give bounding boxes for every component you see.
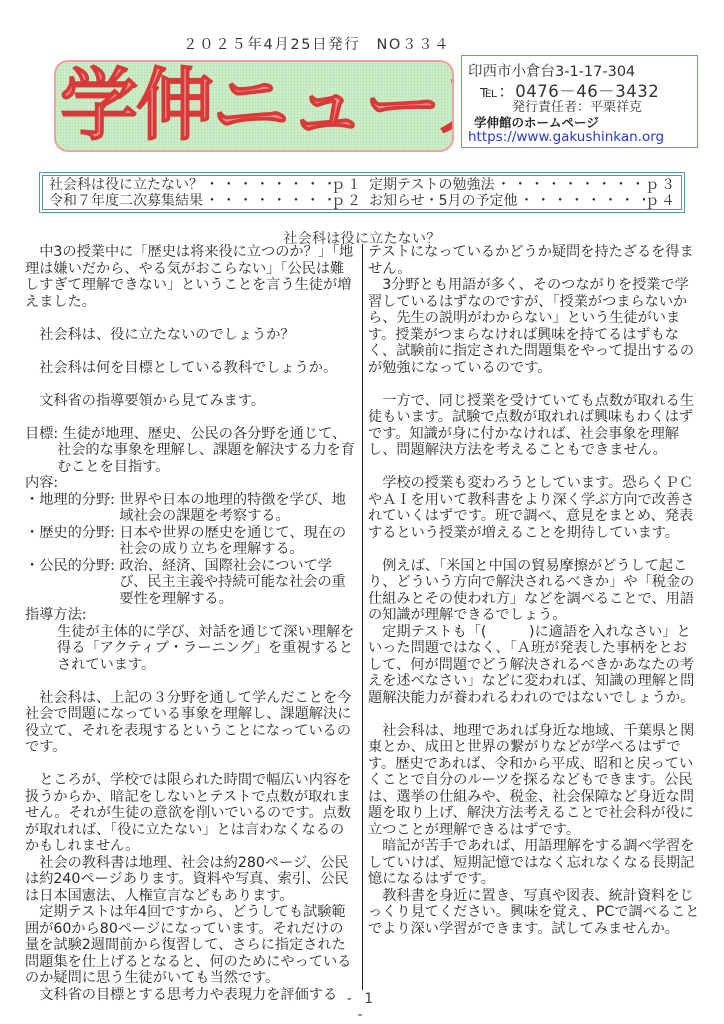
column-divider: [362, 244, 363, 990]
content-list-item: ・歴史的分野: 日本や世界の歴史を通じて、現在の社会の成り立ちを理解する。: [25, 525, 355, 558]
paragraph: 3分野とも用語が多く、そのつながりを授業で学習しているはずなのですが、「授業がつ…: [368, 277, 700, 376]
content-item-label: ・地理的分野:: [25, 492, 119, 525]
paragraph: 一方で、同じ授業を受けていても点数が取れる生徒もいます。試験で点数が取れれば興味…: [368, 393, 700, 459]
spacer: [25, 376, 355, 393]
paragraph: 文科省の指導要領から見てみます。: [25, 393, 355, 410]
article-right-column: テストになっているかどうか疑問を持たざるを得ません。 3分野とも用語が多く、その…: [368, 244, 700, 937]
paragraph: 教科書を身近に置き、写真や図表、統計資料をじっくり見てください。興味を覚え、PC…: [368, 888, 700, 938]
method-label: 指導方法:: [25, 607, 355, 624]
goal-label: 目標:: [25, 426, 63, 442]
paragraph: 学校の授業も変わろうとしています。恐らくＰＣやＡＩを用いて教科書をより深く学ぶ方…: [368, 475, 700, 541]
homepage-label: 学伸館のホームページ: [468, 113, 697, 129]
paragraph: 中3の授業中に「歴史は将来役に立つのか？」「地理は嫌いだから、やる気がおこらない…: [25, 244, 355, 310]
paragraph: 社会の教科書は地理、社会は約280ページ、公民は約240ページあります。資料や写…: [25, 855, 355, 905]
toc-leader-dots: ・・・・・・・・・・・・・・・・・・: [203, 193, 331, 209]
content-item-label: ・公民的分野:: [25, 558, 119, 608]
toc-leader-dots: ・・・・・・・・・・・・・・・・・・: [518, 193, 646, 209]
toc-item-title: 定期テストの勉強法: [369, 177, 494, 193]
paragraph: 定期テストは年4回ですから、どうしても試験範囲が60から80ページになっています…: [25, 904, 355, 987]
content-label: 内容:: [25, 475, 355, 492]
goal-text-continued: 社会的な事象を理解し、課題を解決する力を育むことを目指す。: [25, 442, 355, 475]
table-of-contents: 社会科は役に立たない？ ・・・・・・・・・・・・・・・・・・ ｐ１ 定期テストの…: [39, 172, 685, 213]
spacer: [25, 409, 355, 426]
spacer: [368, 459, 700, 476]
toc-item-title: 令和７年度二次募集結果: [49, 193, 203, 209]
issue-date-number: ２０２５年4月25日発行 NO３３４: [183, 33, 443, 51]
toc-item[interactable]: 定期テストの勉強法 ・・・・・・・・・・・・・・・・・・ ｐ３: [369, 177, 681, 193]
spacer: [25, 673, 355, 690]
article-left-column: 中3の授業中に「歴史は将来役に立つのか？」「地理は嫌いだから、やる気がおこらない…: [25, 244, 355, 1003]
toc-item-title: お知らせ・5月の予定他: [369, 193, 518, 209]
paragraph: 例えば、「米国と中国の貿易摩擦がどうして起こり、どういう方向で解決されるべきか」…: [368, 558, 700, 624]
toc-item[interactable]: 令和７年度二次募集結果 ・・・・・・・・・・・・・・・・・・ ｐ２: [49, 193, 369, 209]
phone-number: ℡：0476－46－3432: [468, 78, 697, 96]
content-item-text: 日本や世界の歴史を通じて、現在の社会の成り立ちを理解する。: [119, 525, 355, 558]
paragraph: 社会科は、上記の３分野を通して学んだことを今社会で問題になっている事象を理解し、…: [25, 690, 355, 756]
content-item-text: 世界や日本の地理的特徴を学び、地域社会の課題を考察する。: [119, 492, 355, 525]
contact-info-box: 印西市小倉台3-1-17-304 ℡：0476－46－3432 発行責任者：平栗…: [461, 55, 698, 148]
toc-item-page: ｐ１: [331, 177, 369, 193]
spacer: [25, 310, 355, 327]
spacer: [25, 343, 355, 360]
address: 印西市小倉台3-1-17-304: [468, 60, 697, 78]
homepage-link[interactable]: https://www.gakushinkan.org: [468, 129, 697, 145]
paragraph: 社会科は、地理であれば身近な地域、千葉県と関東とか、成田と世界の繋がりなどが学べ…: [368, 723, 700, 839]
content-item-text: 政治、経済、国際社会について学び、民主主義や持続可能な社会の重要性を理解する。: [119, 558, 355, 608]
logo-title: 学伸ニュース: [60, 60, 454, 152]
content-list: ・地理的分野: 世界や日本の地理的特徴を学び、地域社会の課題を考察する。 ・歴史…: [25, 492, 355, 608]
goal-block: 目標: 生徒が地理、歴史、公民の各分野を通じて、 社会的な事象を理解し、課題を解…: [25, 426, 355, 476]
spacer: [368, 541, 700, 558]
toc-item[interactable]: お知らせ・5月の予定他 ・・・・・・・・・・・・・・・・・・ ｐ４: [369, 193, 681, 209]
method-text: 生徒が主体的に学び、対話を通じて深い理解を得る「アクティブ・ラーニング」を重視す…: [25, 624, 355, 674]
toc-item-page: ｐ２: [331, 193, 369, 209]
spacer: [368, 706, 700, 723]
content-item-label: ・歴史的分野:: [25, 525, 119, 558]
paragraph: 社会科は何を目標としている教科でしょうか。: [25, 360, 355, 377]
paragraph: 暗記が苦手であれば、用語理解をする調べ学習をしていけば、短期記憶ではなく忘れなく…: [368, 838, 700, 888]
paragraph: 社会科は、役に立たないのでしょうか？: [25, 327, 355, 344]
paragraph: 文科省の目標とする思考力や表現力を評価する: [25, 987, 355, 1004]
paragraph: テストになっているかどうか疑問を持たざるを得ません。: [368, 244, 700, 277]
content-list-item: ・地理的分野: 世界や日本の地理的特徴を学び、地域社会の課題を考察する。: [25, 492, 355, 525]
toc-leader-dots: ・・・・・・・・・・・・・・・・・・: [203, 177, 331, 193]
goal-text: 生徒が地理、歴史、公民の各分野を通じて、: [63, 426, 346, 442]
spacer: [368, 376, 700, 393]
toc-item-page: ｐ４: [645, 193, 681, 209]
spacer: [25, 756, 355, 773]
page-number: - 1 -: [340, 991, 384, 1023]
toc-item-title: 社会科は役に立たない？: [49, 177, 203, 193]
toc-leader-dots: ・・・・・・・・・・・・・・・・・・: [494, 177, 645, 193]
paragraph: 定期テストも「( )に適語を入れなさい」といった問題ではなく、「Ａ班が発表した事…: [368, 624, 700, 707]
toc-item[interactable]: 社会科は役に立たない？ ・・・・・・・・・・・・・・・・・・ ｐ１: [49, 177, 369, 193]
toc-item-page: ｐ３: [645, 177, 681, 193]
content-list-item: ・公民的分野: 政治、経済、国際社会について学び、民主主義や持続可能な社会の重要…: [25, 558, 355, 608]
newsletter-logo: 学伸ニュース: [54, 60, 454, 152]
paragraph: ところが、学校では限られた時間で幅広い内容を扱うからか、暗記をしないとテストで点…: [25, 772, 355, 855]
